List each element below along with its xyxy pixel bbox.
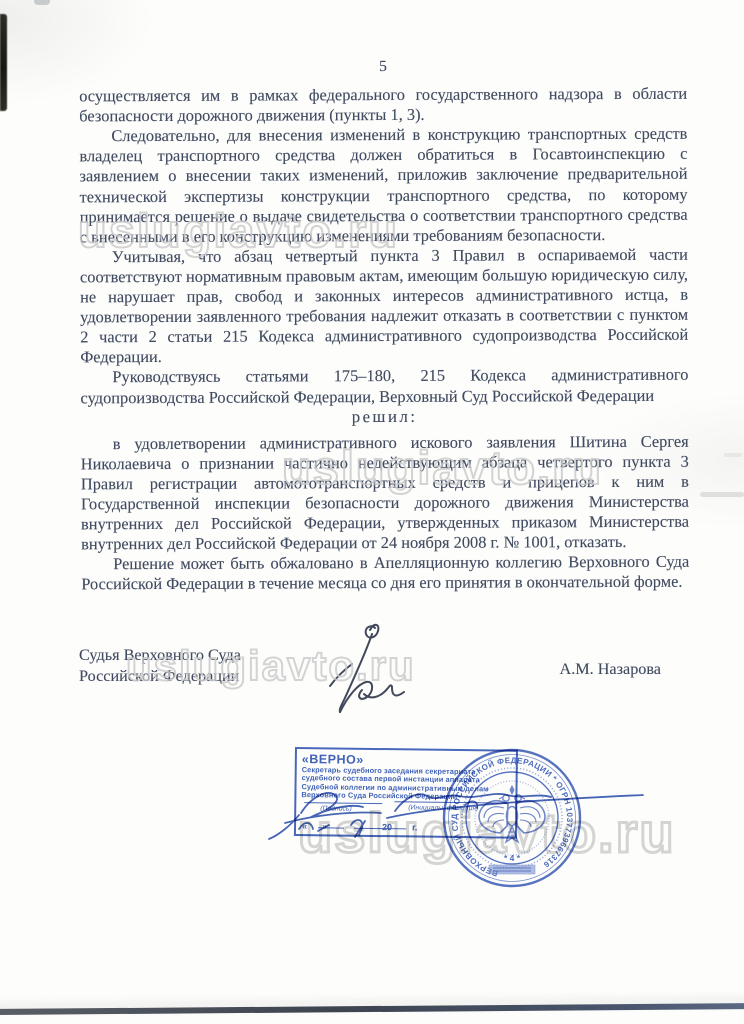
seal-number: * 4 * xyxy=(504,853,521,863)
scan-edge-artifact xyxy=(700,492,744,497)
ruling-paragraph: Решение может быть обжаловано в Апелляци… xyxy=(81,552,689,595)
scanned-court-decision-page: 5 осуществляется им в рамках федеральног… xyxy=(0,0,744,1024)
body-paragraph: осуществляется им в рамках федерального … xyxy=(79,84,687,127)
judge-signature-icon xyxy=(300,600,440,740)
ruling-heading: решил: xyxy=(81,405,689,428)
body-paragraph: Учитывая, что абзац четвертый пункта 3 П… xyxy=(80,245,689,368)
seal-code-box xyxy=(489,865,535,874)
scan-edge-artifact xyxy=(724,453,742,457)
document-body: 5 осуществляется им в рамках федеральног… xyxy=(79,56,689,595)
ruling-paragraph: в удовлетворении административного исков… xyxy=(81,431,690,554)
official-seal: ВЕРХОВНЫЙ СУД РОССИЙСКОЙ ФЕДЕРАЦИИ * ОГР… xyxy=(419,725,605,911)
page-bottom-edge xyxy=(0,1003,744,1015)
page-number: 5 xyxy=(79,56,687,79)
body-paragraph: Руководствуясь статьями 175–180, 215 Код… xyxy=(80,365,688,408)
double-headed-eagle-icon xyxy=(479,786,545,842)
scan-edge-artifact xyxy=(34,0,50,5)
judge-name: А.М. Назарова xyxy=(560,659,661,680)
body-paragraph: Следовательно, для внесения изменений в … xyxy=(79,124,688,247)
scan-edge-artifact xyxy=(0,14,7,111)
